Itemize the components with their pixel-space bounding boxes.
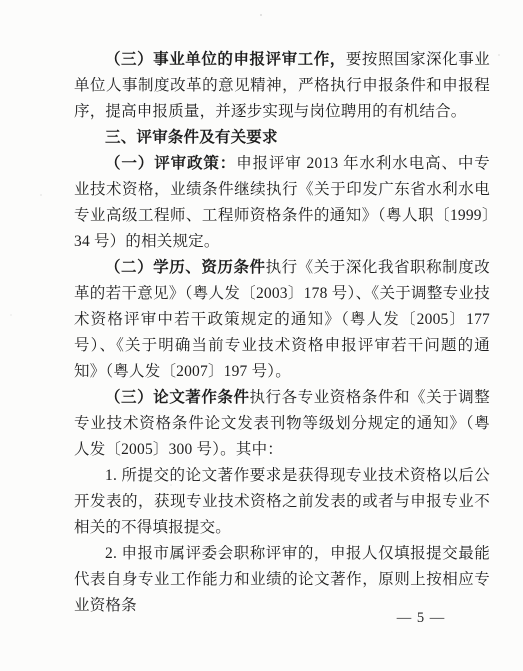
paragraph-text: 1. 所提交的论文著作要求是获得现专业技术资格以后公开发表的，获现专业技术资格之… — [74, 467, 490, 536]
page-number: — 5 — — [386, 610, 456, 627]
paragraph-pingshen-zhengce: （一）评审政策：申报评审 2013 年水利水电高、中专业技术资格，业绩条件继续执… — [74, 151, 490, 255]
paragraph-shiye-danwei: （三）事业单位的申报评审工作，要按照国家深化事业单位人事制度改革的意见精神，严格… — [74, 47, 490, 125]
scanned-document-page: （三）事业单位的申报评审工作，要按照国家深化事业单位人事制度改革的意见精神，严格… — [0, 0, 523, 671]
section-heading-pingshen-tiaojian: 三、评审条件及有关要求 — [74, 125, 490, 151]
paragraph-lead: （三）事业单位的申报评审工作， — [105, 51, 346, 68]
paragraph-text: 2. 申报市属评委会职称评审的，申报人仅填报提交最能代表自身专业工作能力和业绩的… — [74, 545, 490, 614]
heading-text: 三、评审条件及有关要求 — [105, 129, 278, 146]
paragraph-text: 执行《关于深化我省职称制度改革的若干意见》（粤人发〔2003〕178 号）、《关… — [74, 259, 490, 380]
document-body: （三）事业单位的申报评审工作，要按照国家深化事业单位人事制度改革的意见精神，严格… — [74, 47, 490, 619]
paragraph-item-1: 1. 所提交的论文著作要求是获得现专业技术资格以后公开发表的，获现专业技术资格之… — [74, 463, 490, 541]
paragraph-item-2: 2. 申报市属评委会职称评审的，申报人仅填报提交最能代表自身专业工作能力和业绩的… — [74, 541, 490, 619]
paragraph-lead: （一）评审政策： — [105, 155, 236, 172]
paragraph-lunwen-zhuzuo-tiaojian: （三）论文著作条件执行各专业资格条件和《关于调整专业技术资格条件论文发表刊物等级… — [74, 385, 490, 463]
paragraph-lead: （二）学历、资历条件 — [105, 259, 266, 276]
paragraph-lead: （三）论文著作条件 — [105, 389, 250, 406]
scan-noise-specks — [260, 14, 262, 16]
paragraph-xueli-zili-tiaojian: （二）学历、资历条件执行《关于深化我省职称制度改革的若干意见》（粤人发〔2003… — [74, 255, 490, 385]
